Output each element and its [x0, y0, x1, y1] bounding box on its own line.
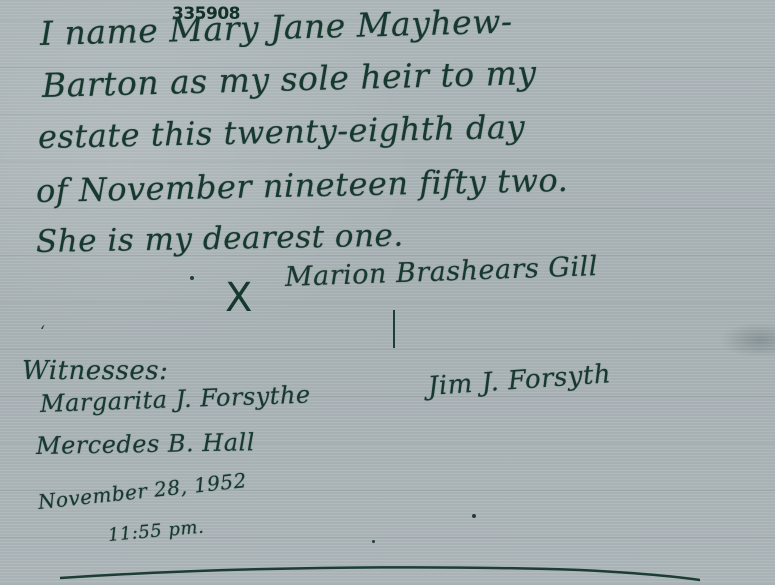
will-line-5: She is my dearest one.: [36, 218, 404, 260]
ink-dot: [372, 540, 375, 543]
witness-signature-2: Mercedes B. Hall: [36, 428, 255, 460]
scanned-will-page: 335908 I name Mary Jane Mayhew- Barton a…: [0, 0, 775, 585]
witnesses-label: Witnesses:: [22, 356, 168, 386]
ink-dot: [472, 514, 476, 518]
ink-dot: [190, 276, 194, 280]
testator-mark-x: X: [225, 278, 252, 318]
margin-mark: ‘: [40, 322, 45, 341]
will-line-4: of November nineteen fifty two.: [36, 161, 569, 210]
witness-signature-1: Margarita J. Forsythe: [40, 381, 312, 418]
bottom-ink-rule: [60, 556, 700, 585]
will-line-3: estate this twenty-eighth day: [38, 108, 526, 156]
witness-signature-3: Jim J. Forsyth: [427, 359, 612, 402]
dated-time: 11:55 pm.: [107, 517, 205, 546]
testator-signature: Marion Brashears Gill: [284, 251, 598, 293]
ink-tick-mark: [393, 310, 395, 348]
will-line-2: Barton as my sole heir to my: [41, 53, 536, 105]
will-line-1: I name Mary Jane Mayhew-: [39, 2, 512, 53]
dated-date: November 28, 1952: [37, 468, 248, 514]
